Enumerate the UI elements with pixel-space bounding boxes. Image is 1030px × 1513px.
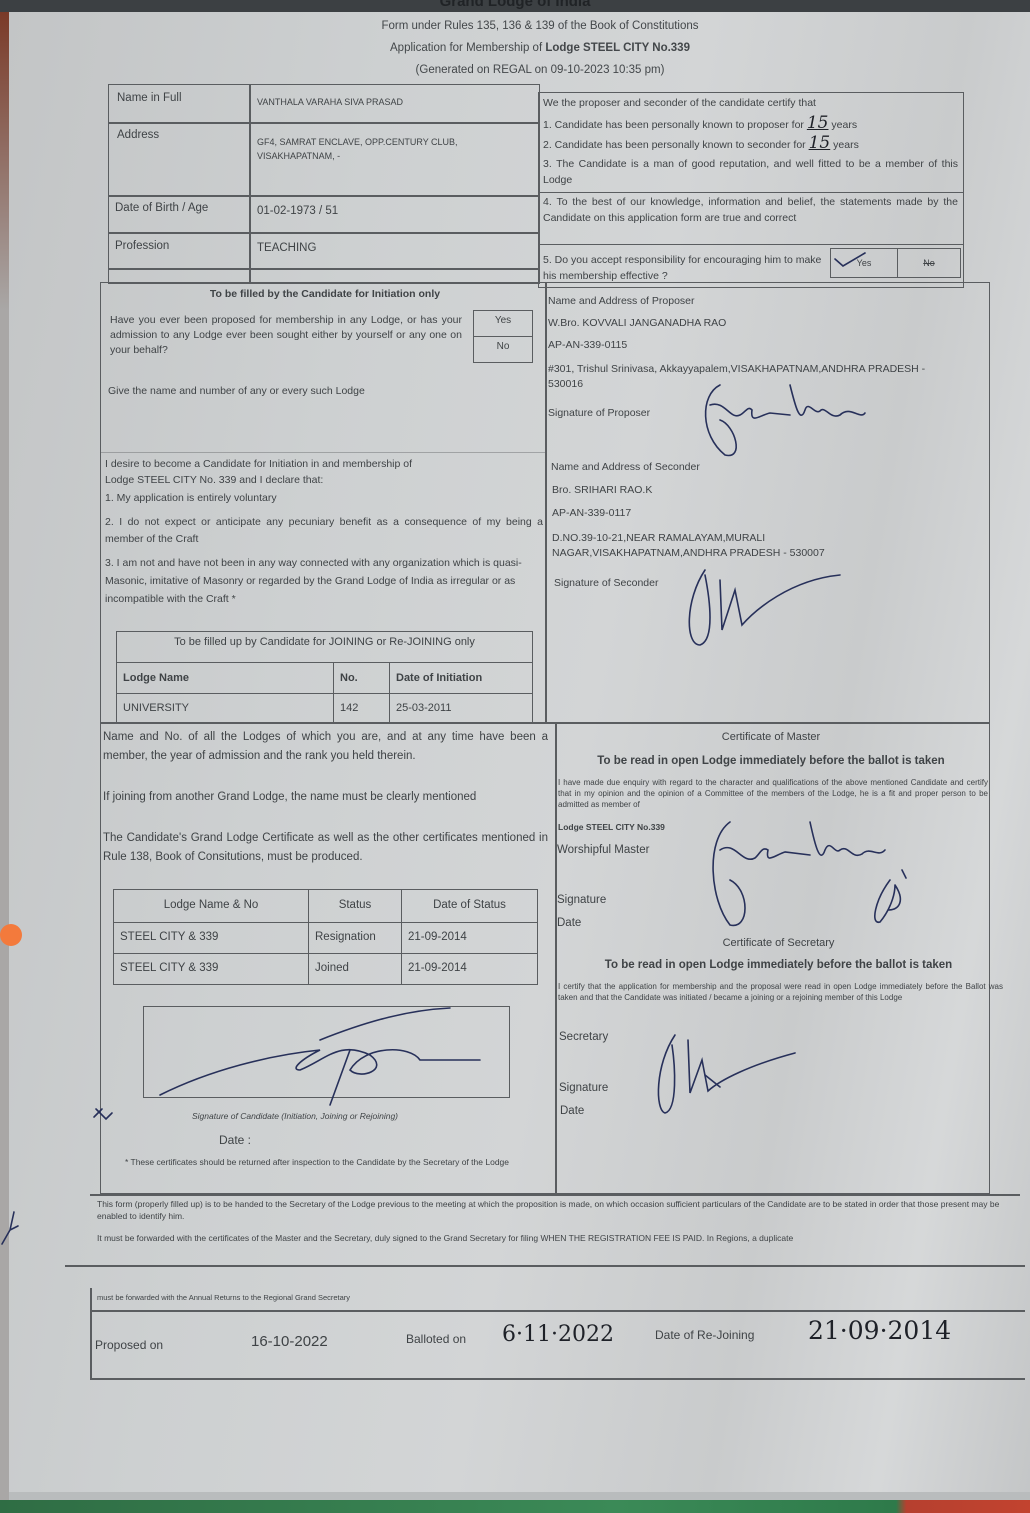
candidate-date-label: Date : bbox=[219, 1133, 251, 1148]
proposer-label: Name and Address of Proposer bbox=[548, 296, 695, 307]
orange-marker bbox=[0, 924, 22, 946]
give-lodge-name-label: Give the name and number of any or every… bbox=[108, 386, 365, 397]
grand-lodge-title: Grand Lodge of India bbox=[0, 0, 1030, 10]
status-row-2-date: 21-09-2014 bbox=[401, 953, 538, 985]
certification-item-2: 2. Candidate has been personally known t… bbox=[543, 138, 859, 151]
master-signature-icon bbox=[700, 810, 930, 935]
certification-intro: We the proposer and seconder of the cand… bbox=[543, 98, 961, 109]
declaration-item-2: 2. I do not expect or anticipate any pec… bbox=[105, 514, 543, 548]
initiation-no-box[interactable]: No bbox=[473, 336, 533, 363]
profession-value: TEACHING bbox=[257, 241, 316, 256]
balloted-on-value[interactable]: 6·11·2022 bbox=[502, 1321, 614, 1349]
checkmark-icon bbox=[831, 249, 871, 269]
proposer-signature-label: Signature of Proposer bbox=[548, 408, 650, 419]
rejoining-date-label: Date of Re-Joining bbox=[655, 1328, 754, 1343]
certification-item-3: 3. The Candidate is a man of good reputa… bbox=[543, 156, 958, 188]
green-red-background-strip bbox=[0, 1500, 1030, 1513]
left-edge bbox=[0, 12, 9, 1502]
seconder-id: AP-AN-339-0117 bbox=[552, 508, 631, 519]
seconder-signature-label: Signature of Seconder bbox=[554, 578, 659, 589]
status-col-lodge: Lodge Name & No bbox=[113, 889, 309, 923]
footer-note-2: It must be forwarded with the certificat… bbox=[97, 1232, 1017, 1244]
seconder-label: Name and Address of Seconder bbox=[551, 462, 700, 473]
certification-item-4: 4. To the best of our knowledge, informa… bbox=[543, 194, 958, 226]
declaration-item-1: 1. My application is entirely voluntary bbox=[105, 493, 277, 504]
master-date-label: Date bbox=[557, 916, 581, 931]
status-row-2-lodge: STEEL CITY & 339 bbox=[113, 953, 309, 985]
proposer-years-field[interactable]: 15 bbox=[807, 113, 829, 133]
status-row-1-status: Resignation bbox=[308, 922, 402, 954]
dob-value: 01-02-1973 / 51 bbox=[257, 204, 338, 219]
dob-label: Date of Birth / Age bbox=[115, 201, 208, 216]
address-label: Address bbox=[117, 128, 159, 143]
initiation-question: Have you ever been proposed for membersh… bbox=[110, 313, 462, 358]
declaration-item-3: 3. I am not and have not been in any way… bbox=[105, 554, 545, 608]
lodge-name: Lodge STEEL CITY No.339 bbox=[545, 42, 690, 54]
margin-pen-mark-icon bbox=[0, 1210, 22, 1250]
secretary-certificate-body: I certify that the application for membe… bbox=[558, 981, 1003, 1003]
master-certificate-body: I have made due enquiry with regard to t… bbox=[558, 777, 988, 810]
joining-row-no: 142 bbox=[333, 693, 390, 723]
certificates-footnote: * These certificates should be returned … bbox=[125, 1156, 535, 1168]
form-rules: Form under Rules 135, 136 & 139 of the B… bbox=[300, 20, 780, 32]
proposer-id: AP-AN-339-0115 bbox=[548, 340, 627, 351]
master-certificate-lodge: Lodge STEEL CITY No.339 bbox=[558, 822, 665, 832]
lodges-info-3: The Candidate's Grand Lodge Certificate … bbox=[103, 829, 548, 867]
rejoining-date-value[interactable]: 21·09·2014 bbox=[808, 1316, 951, 1346]
candidate-signature-caption: Signature of Candidate (Initiation, Join… bbox=[192, 1111, 398, 1121]
encourage-yes-box[interactable]: Yes bbox=[830, 248, 898, 278]
certification-item-1: 1. Candidate has been personally known t… bbox=[543, 118, 857, 131]
status-col-status: Status bbox=[308, 889, 402, 923]
initiation-yes-box[interactable]: Yes bbox=[473, 310, 533, 337]
initiation-title: To be filled by the Candidate for Initia… bbox=[105, 289, 545, 300]
declaration-intro: I desire to become a Candidate for Initi… bbox=[105, 456, 545, 488]
joining-col-lodge: Lodge Name bbox=[116, 662, 334, 694]
master-certificate-subtitle: To be read in open Lodge immediately bef… bbox=[556, 754, 986, 769]
joining-row-date: 25-03-2011 bbox=[389, 693, 533, 723]
pen-mark-icon bbox=[92, 1105, 114, 1123]
seconder-years-field[interactable]: 15 bbox=[809, 133, 831, 153]
profession-label: Profession bbox=[115, 239, 169, 254]
worshipful-master-label: Worshipful Master bbox=[557, 843, 649, 858]
lodges-info-1: Name and No. of all the Lodges of which … bbox=[103, 728, 548, 766]
secretary-signature-icon bbox=[650, 1025, 810, 1120]
seconder-signature-icon bbox=[680, 550, 850, 650]
secretary-signature-label: Signature bbox=[559, 1081, 608, 1096]
name-value: VANTHALA VARAHA SIVA PRASAD bbox=[257, 97, 403, 108]
top-dark-edge: Grand Lodge of India bbox=[0, 0, 1030, 12]
joining-col-no: No. bbox=[333, 662, 390, 694]
proposed-on-label: Proposed on bbox=[95, 1338, 163, 1353]
name-label: Name in Full bbox=[117, 91, 182, 106]
master-signature-label: Signature bbox=[557, 893, 606, 908]
candidate-signature-icon bbox=[150, 1000, 490, 1110]
footer-note-3: must be forwarded with the Annual Return… bbox=[97, 1293, 350, 1303]
master-certificate-title: Certificate of Master bbox=[556, 730, 986, 745]
status-row-1-lodge: STEEL CITY & 339 bbox=[113, 922, 309, 954]
balloted-on-label: Balloted on bbox=[406, 1332, 466, 1347]
footer-note-1: This form (properly filled up) is to be … bbox=[97, 1198, 1017, 1222]
application-title: Application for Membership of Lodge STEE… bbox=[300, 42, 780, 54]
proposed-on-value: 16-10-2022 bbox=[251, 1334, 328, 1349]
lodges-info-2: If joining from another Grand Lodge, the… bbox=[103, 788, 548, 807]
address-value: GF4, SAMRAT ENCLAVE, OPP.CENTURY CLUB, V… bbox=[257, 135, 532, 163]
seconder-name: Bro. SRIHARI RAO.K bbox=[552, 485, 652, 496]
status-row-1-date: 21-09-2014 bbox=[401, 922, 538, 954]
secretary-certificate-subtitle: To be read in open Lodge immediately bef… bbox=[556, 958, 1001, 973]
proposer-signature-icon bbox=[690, 375, 880, 465]
certification-item-5: 5. Do you accept responsibility for enco… bbox=[543, 252, 828, 284]
generated-timestamp: (Generated on REGAL on 09-10-2023 10:35 … bbox=[300, 64, 780, 76]
candidate-details-table bbox=[108, 84, 540, 284]
secretary-label: Secretary bbox=[559, 1030, 608, 1045]
encourage-no-box[interactable]: No bbox=[897, 248, 961, 278]
status-col-date: Date of Status bbox=[401, 889, 538, 923]
status-row-2-status: Joined bbox=[308, 953, 402, 985]
joining-table-title: To be filled up by Candidate for JOINING… bbox=[116, 631, 533, 663]
joining-row-lodge: UNIVERSITY bbox=[116, 693, 334, 723]
secretary-date-label: Date bbox=[560, 1104, 584, 1119]
secretary-certificate-title: Certificate of Secretary bbox=[556, 936, 1001, 951]
joining-col-date: Date of Initiation bbox=[389, 662, 533, 694]
proposer-name: W.Bro. KOVVALI JANGANADHA RAO bbox=[548, 318, 726, 329]
